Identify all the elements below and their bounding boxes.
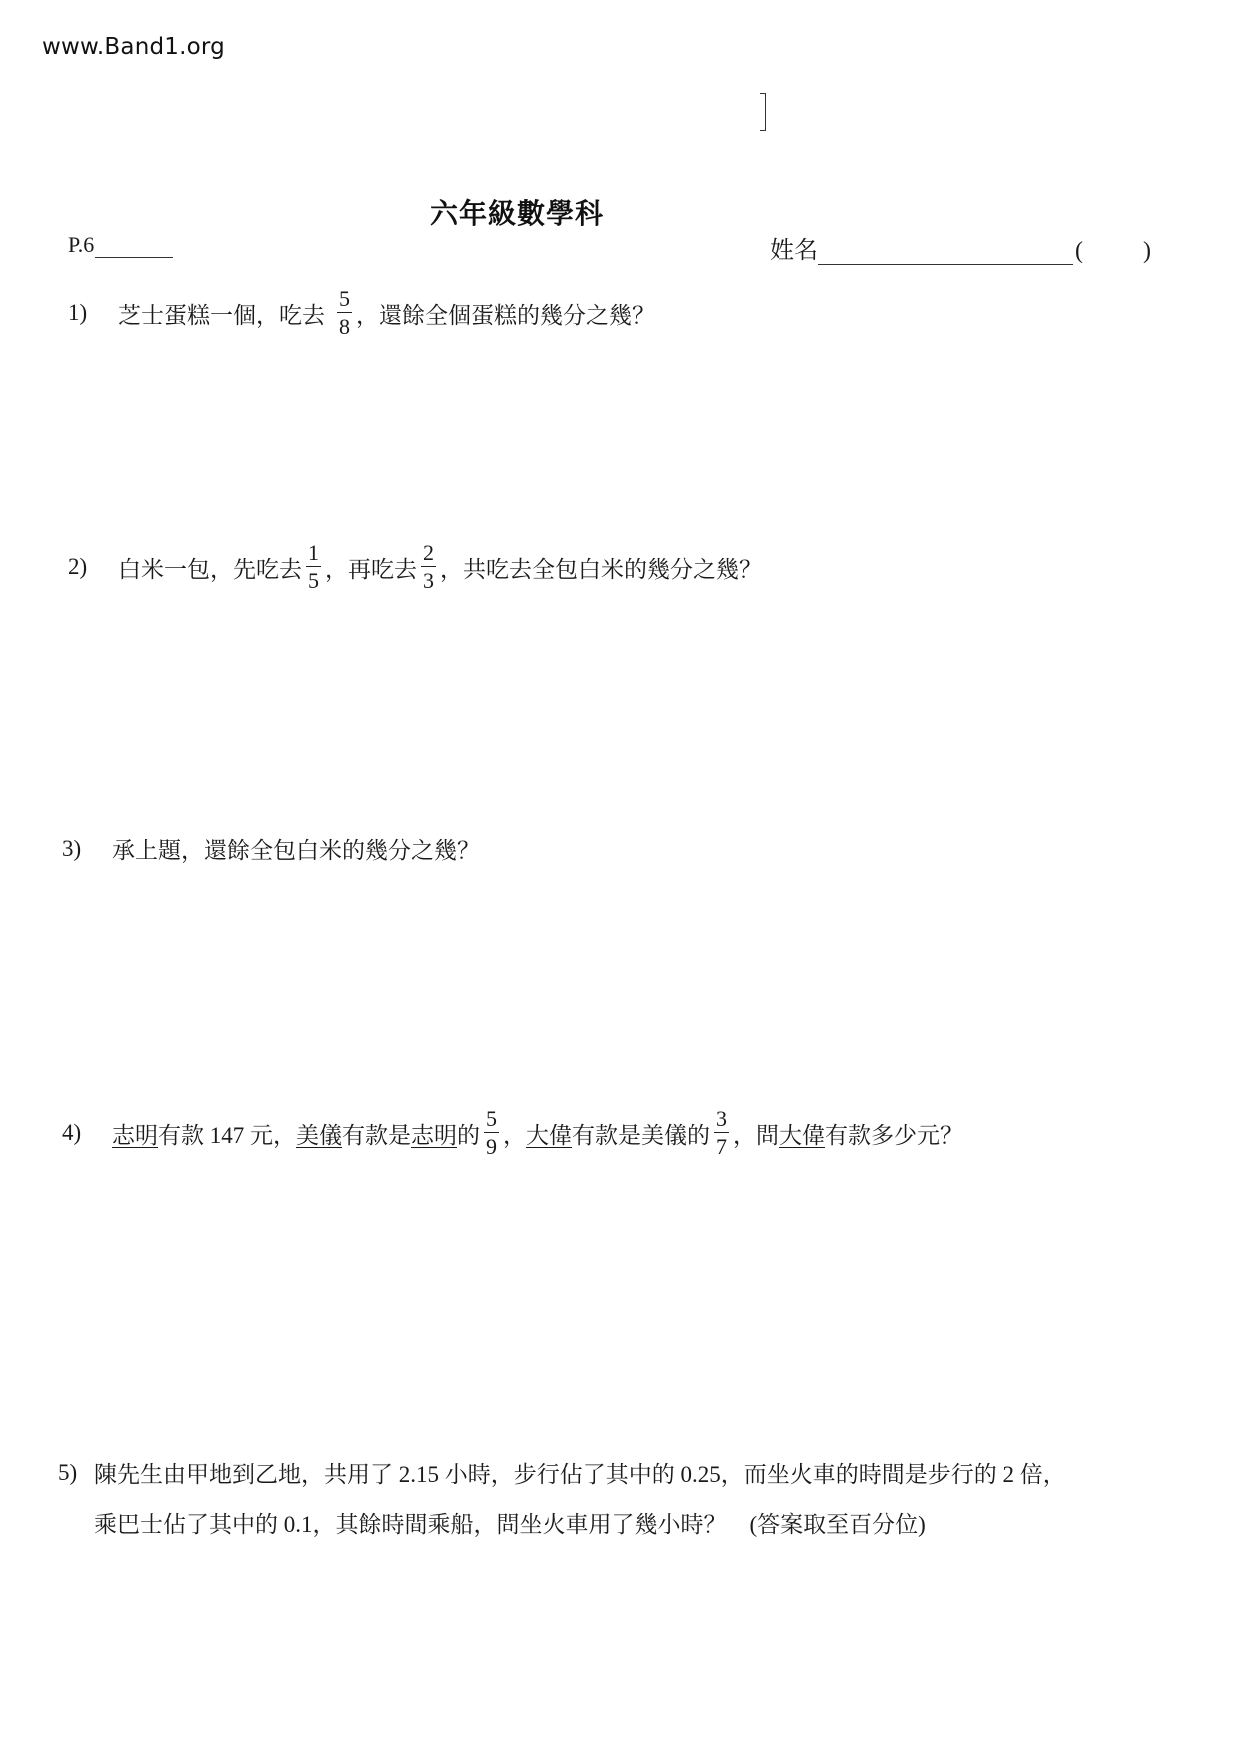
person-name: 大偉 [526,1117,572,1150]
scan-bracket-mark [760,93,766,131]
name-blank-line[interactable] [818,240,1073,265]
watermark-url: www.Band1.org [42,34,225,60]
question-text: 有款是美儀的 [572,1117,710,1150]
fraction: 1 5 [306,542,321,592]
fraction: 2 3 [421,542,436,592]
question-text: ，還餘全個蛋糕的幾分之幾？ [356,297,655,330]
question-text: 有款是 [342,1117,411,1150]
name-field: 姓名 ( ) [770,230,1151,265]
class-label: P.6 [68,232,94,258]
question-number: 1) [68,300,118,326]
question-1: 1) 芝士蛋糕一個，吃去 5 8 ，還餘全個蛋糕的幾分之幾？ [68,288,655,338]
question-text-line-1: 陳先生由甲地到乙地，共用了 2.15 小時，步行佔了其中的 0.25，而坐火車的… [94,1456,1066,1489]
question-text: 的 [457,1117,480,1150]
class-number-paren-close: ) [1143,238,1151,265]
question-number: 5) [58,1460,94,1486]
question-5: 5) 陳先生由甲地到乙地，共用了 2.15 小時，步行佔了其中的 0.25，而坐… [58,1456,1066,1489]
worksheet-title: 六年級數學科 [430,192,604,232]
question-text: 有款多少元？ [825,1117,963,1150]
question-text: ， [503,1117,526,1150]
person-name: 美儀 [296,1117,342,1150]
question-text: 芝士蛋糕一個，吃去 [118,297,325,330]
question-2: 2) 白米一包，先吃去 1 5 ，再吃去 2 3 ，共吃去全包白米的幾分之幾？ [68,542,762,592]
class-number-paren-open: ( [1075,238,1083,265]
class-field: P.6 [68,232,173,258]
fraction: 5 8 [337,288,352,338]
question-number: 2) [68,554,118,580]
person-name: 志明 [411,1117,457,1150]
question-number: 3) [62,836,112,862]
question-4: 4) 志明 有款 147 元， 美儀 有款是 志明 的 5 9 ， 大偉 有款是… [62,1108,963,1158]
fraction: 3 7 [714,1108,729,1158]
question-text: ，共吃去全包白米的幾分之幾？ [440,551,762,584]
question-text: ，再吃去 [325,551,417,584]
question-text: 白米一包，先吃去 [118,551,302,584]
name-label: 姓名 [770,230,818,265]
question-number: 4) [62,1120,112,1146]
fraction: 5 9 [484,1108,499,1158]
person-name: 大偉 [779,1117,825,1150]
question-3: 3) 承上題，還餘全包白米的幾分之幾？ [62,832,480,865]
question-5-line-2: 乘巴士佔了其中的 0.1，其餘時間乘船，問坐火車用了幾小時？ (答案取至百分位) [94,1506,926,1539]
question-text: 承上題，還餘全包白米的幾分之幾？ [112,832,480,865]
person-name: 志明 [112,1117,158,1150]
question-text: 有款 147 元， [158,1117,296,1150]
class-blank-line[interactable] [95,235,173,258]
question-text: ，問 [733,1117,779,1150]
